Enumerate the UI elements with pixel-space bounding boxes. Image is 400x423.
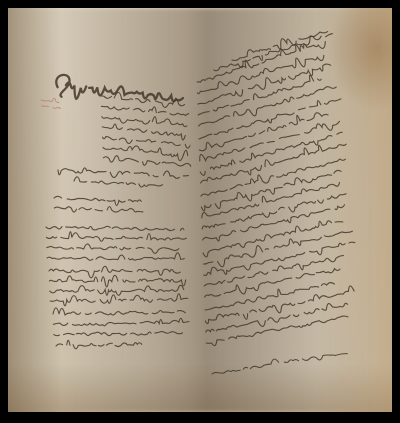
book-gutter [8, 8, 392, 412]
framed-photograph: { "scene": { "description_label": "open … [0, 0, 400, 423]
museum-photo [8, 8, 392, 412]
